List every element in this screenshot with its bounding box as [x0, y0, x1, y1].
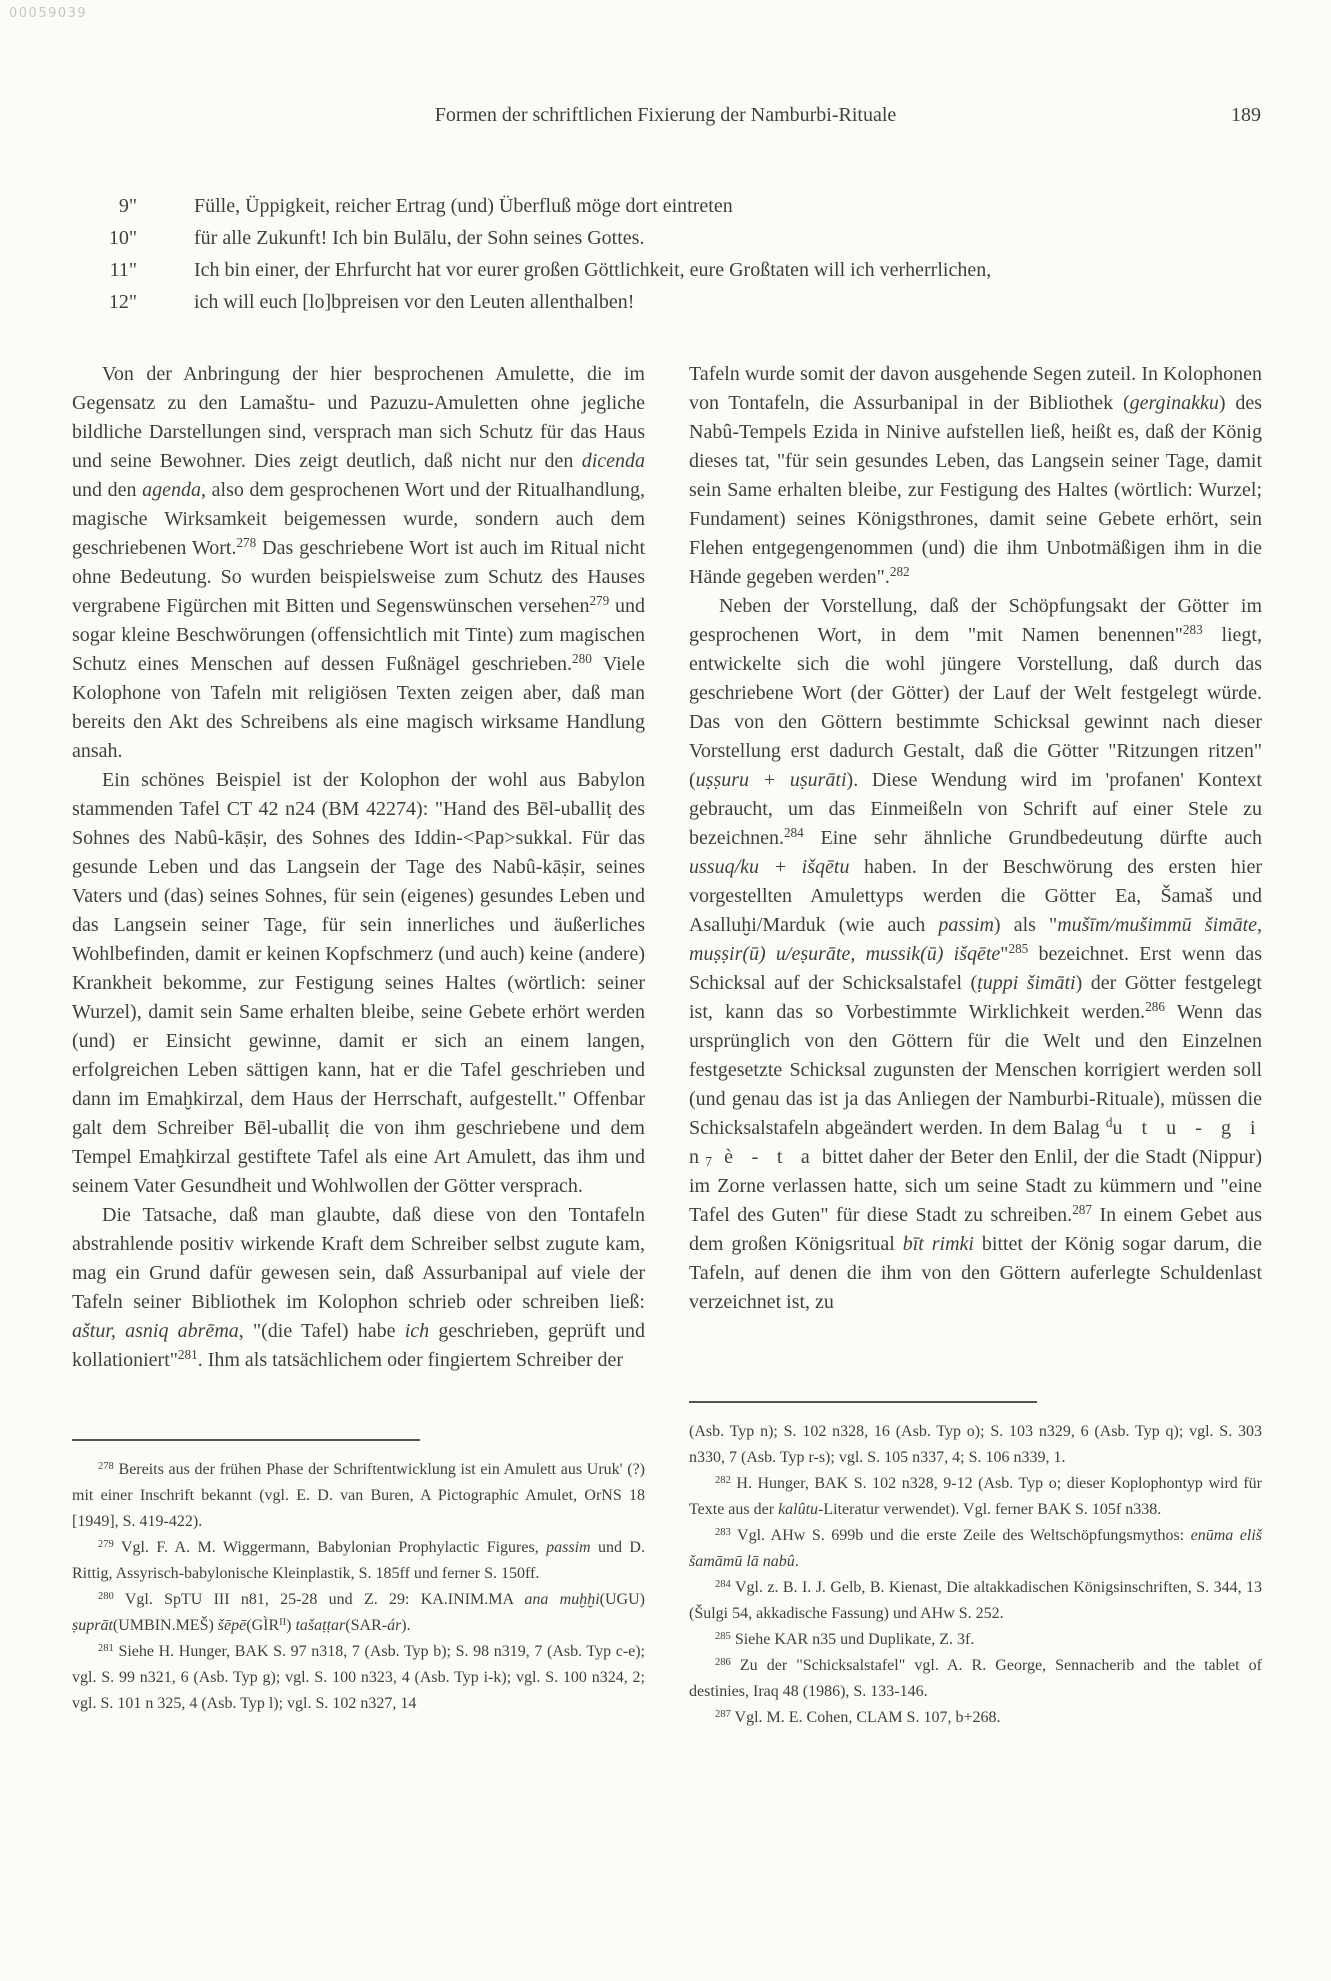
- page-number: 189: [1231, 104, 1261, 127]
- scan-id-stamp: 00059039: [9, 6, 87, 21]
- right-column-text: Tafeln wurde somit der davon ausgehende …: [689, 360, 1262, 1317]
- right-column: Tafeln wurde somit der davon ausgehende …: [689, 360, 1262, 1731]
- footnote-number: 284: [715, 1579, 731, 1590]
- translation-quote-block: 9" Fülle, Üppigkeit, reicher Ertrag (und…: [72, 190, 1261, 318]
- body-paragraph: Neben der Vorstellung, daß der Schöpfung…: [689, 592, 1262, 1317]
- footnote-separator-rule: [72, 1439, 420, 1441]
- left-footnote-block: 278 Bereits aus der frühen Phase der Sch…: [72, 1439, 645, 1717]
- page-body: { "stamp": "00059039", "header": { "runn…: [0, 0, 1331, 1981]
- quote-line-number: 10": [72, 222, 137, 254]
- footnote: 281 Siehe H. Hunger, BAK S. 97 n318, 7 (…: [72, 1639, 645, 1717]
- left-footnotes: 278 Bereits aus der frühen Phase der Sch…: [72, 1457, 645, 1717]
- right-footnotes: (Asb. Typ n); S. 102 n328, 16 (Asb. Typ …: [689, 1419, 1262, 1731]
- body-paragraph: Die Tatsache, daß man glaubte, daß diese…: [72, 1201, 645, 1375]
- footnote: (Asb. Typ n); S. 102 n328, 16 (Asb. Typ …: [689, 1419, 1262, 1471]
- quote-line-number: 12": [72, 286, 137, 318]
- footnote-number: 282: [715, 1475, 731, 1486]
- body-paragraph: Tafeln wurde somit der davon ausgehende …: [689, 360, 1262, 592]
- body-paragraph: Ein schönes Beispiel ist der Kolophon de…: [72, 766, 645, 1201]
- footnote: 280 Vgl. SpTU III n81, 25-28 und Z. 29: …: [72, 1587, 645, 1639]
- footnote-number: 281: [98, 1643, 114, 1654]
- footnote: 278 Bereits aus der frühen Phase der Sch…: [72, 1457, 645, 1535]
- running-head-title: Formen der schriftlichen Fixierung der N…: [0, 104, 1331, 127]
- footnote-number: 280: [98, 1591, 114, 1602]
- quote-line: 11" Ich bin einer, der Ehrfurcht hat vor…: [72, 254, 1261, 286]
- left-column: Von der Anbringung der hier besprochenen…: [72, 360, 645, 1731]
- body-paragraph: Von der Anbringung der hier besprochenen…: [72, 360, 645, 766]
- quote-line: 10" für alle Zukunft! Ich bin Bulālu, de…: [72, 222, 1261, 254]
- footnote: 286 Zu der "Schicksalstafel" vgl. A. R. …: [689, 1653, 1262, 1705]
- footnote-number: 278: [98, 1461, 114, 1472]
- footnote: 283 Vgl. AHw S. 699b und die erste Zeile…: [689, 1523, 1262, 1575]
- footnote: 279 Vgl. F. A. M. Wiggermann, Babylonian…: [72, 1535, 645, 1587]
- left-column-text: Von der Anbringung der hier besprochenen…: [72, 360, 645, 1375]
- quote-line: 9" Fülle, Üppigkeit, reicher Ertrag (und…: [72, 190, 1261, 222]
- quote-line-text: Ich bin einer, der Ehrfurcht hat vor eur…: [194, 254, 991, 286]
- quote-line: 12" ich will euch [lo]bpreisen vor den L…: [72, 286, 1261, 318]
- footnote: 285 Siehe KAR n35 und Duplikate, Z. 3f.: [689, 1627, 1262, 1653]
- quote-line-text: Fülle, Üppigkeit, reicher Ertrag (und) Ü…: [194, 190, 733, 222]
- right-footnote-block: (Asb. Typ n); S. 102 n328, 16 (Asb. Typ …: [689, 1401, 1262, 1731]
- quote-line-text: ich will euch [lo]bpreisen vor den Leute…: [194, 286, 634, 318]
- footnote-number: 286: [715, 1657, 731, 1668]
- footnote-number: 287: [715, 1709, 731, 1720]
- footnote: 284 Vgl. z. B. I. J. Gelb, B. Kienast, D…: [689, 1575, 1262, 1627]
- footnote-separator-rule: [689, 1401, 1037, 1403]
- quote-line-number: 11": [72, 254, 137, 286]
- footnote: 282 H. Hunger, BAK S. 102 n328, 9-12 (As…: [689, 1471, 1262, 1523]
- footnote-number: 279: [98, 1539, 114, 1550]
- quote-line-number: 9": [72, 190, 137, 222]
- footnote: 287 Vgl. M. E. Cohen, CLAM S. 107, b+268…: [689, 1705, 1262, 1731]
- footnote-number: 285: [715, 1631, 731, 1642]
- footnote-number: 283: [715, 1527, 731, 1538]
- quote-line-text: für alle Zukunft! Ich bin Bulālu, der So…: [194, 222, 644, 254]
- body-columns: Von der Anbringung der hier besprochenen…: [72, 360, 1262, 1731]
